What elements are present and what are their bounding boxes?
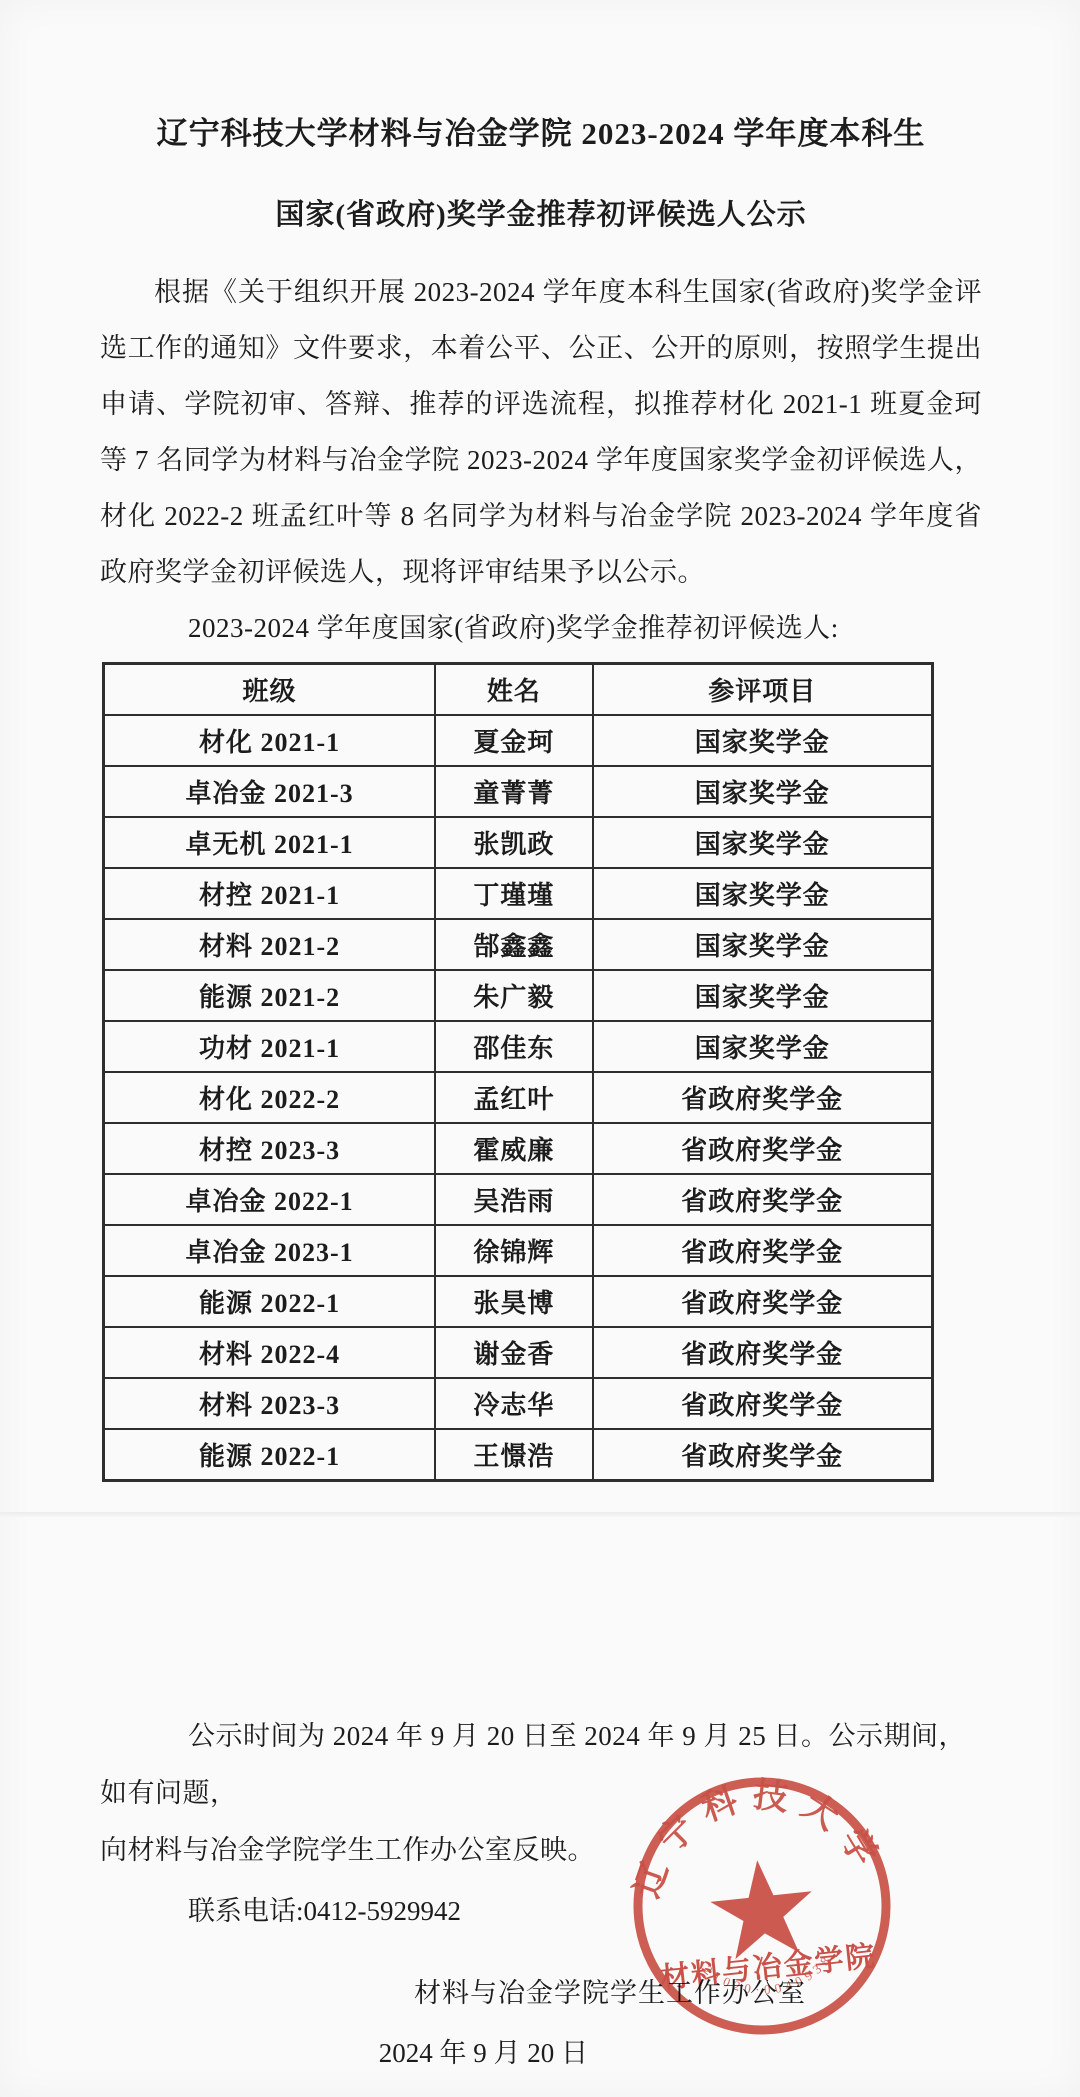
table-cell: 王憬浩 [435, 1429, 593, 1481]
table-cell: 省政府奖学金 [593, 1174, 933, 1225]
table-cell: 能源 2022-1 [104, 1429, 436, 1481]
document-title-line1: 辽宁科技大学材料与冶金学院 2023-2024 学年度本科生 [100, 112, 982, 156]
table-cell: 朱广毅 [435, 970, 593, 1021]
announcement-paragraph: 根据《关于组织开展 2023-2024 学年度本科生国家(省政府)奖学金评选工作… [100, 264, 982, 600]
page-break-divider [0, 1512, 1080, 1517]
candidates-table: 班级姓名参评项目 材化 2021-1夏金珂国家奖学金卓冶金 2021-3童菁菁国… [102, 662, 934, 1482]
publicity-period-line1: 公示时间为 2024 年 9 月 20 日至 2024 年 9 月 25 日。公… [100, 1708, 982, 1822]
table-row: 卓无机 2021-1张凯政国家奖学金 [104, 817, 933, 868]
table-row: 材料 2022-4谢金香省政府奖学金 [104, 1327, 933, 1378]
table-cell: 丁瑾瑾 [435, 868, 593, 919]
table-cell: 夏金珂 [435, 715, 593, 766]
table-cell: 国家奖学金 [593, 970, 933, 1021]
table-row: 材料 2023-3冷志华省政府奖学金 [104, 1378, 933, 1429]
table-cell: 张凯政 [435, 817, 593, 868]
table-cell: 谢金香 [435, 1327, 593, 1378]
table-cell: 霍威廉 [435, 1123, 593, 1174]
table-cell: 材化 2022-2 [104, 1072, 436, 1123]
table-row: 材化 2022-2孟红叶省政府奖学金 [104, 1072, 933, 1123]
table-cell: 能源 2022-1 [104, 1276, 436, 1327]
table-cell: 省政府奖学金 [593, 1123, 933, 1174]
table-cell: 国家奖学金 [593, 715, 933, 766]
table-cell: 省政府奖学金 [593, 1429, 933, 1481]
table-cell: 国家奖学金 [593, 868, 933, 919]
table-cell: 材控 2021-1 [104, 868, 436, 919]
table-row: 卓冶金 2022-1吴浩雨省政府奖学金 [104, 1174, 933, 1225]
table-row: 材控 2021-1丁瑾瑾国家奖学金 [104, 868, 933, 919]
signature-date: 2024 年 9 月 20 日 [100, 2030, 806, 2076]
table-caption: 2023-2024 学年度国家(省政府)奖学金推荐初评候选人: [188, 604, 982, 652]
table-cell: 功材 2021-1 [104, 1021, 436, 1072]
contact-phone: 联系电话:0412-5929942 [100, 1883, 982, 1940]
table-cell: 材化 2021-1 [104, 715, 436, 766]
table-cell: 国家奖学金 [593, 766, 933, 817]
table-cell: 省政府奖学金 [593, 1072, 933, 1123]
table-cell: 国家奖学金 [593, 1021, 933, 1072]
signature-block: 材料与冶金学院学生工作办公室 2024 年 9 月 20 日 [100, 1970, 982, 2076]
table-cell: 省政府奖学金 [593, 1225, 933, 1276]
table-cell: 冷志华 [435, 1378, 593, 1429]
table-cell: 郜鑫鑫 [435, 919, 593, 970]
table-row: 功材 2021-1邵佳东国家奖学金 [104, 1021, 933, 1072]
table-cell: 国家奖学金 [593, 919, 933, 970]
table-cell: 省政府奖学金 [593, 1378, 933, 1429]
table-row: 材化 2021-1夏金珂国家奖学金 [104, 715, 933, 766]
table-cell: 省政府奖学金 [593, 1327, 933, 1378]
table-header-cell: 参评项目 [593, 664, 933, 716]
table-cell: 卓冶金 2022-1 [104, 1174, 436, 1225]
table-cell: 孟红叶 [435, 1072, 593, 1123]
table-row: 材控 2023-3霍威廉省政府奖学金 [104, 1123, 933, 1174]
table-cell: 材料 2023-3 [104, 1378, 436, 1429]
header-row: 班级姓名参评项目 [104, 664, 933, 716]
table-cell: 张昊博 [435, 1276, 593, 1327]
table-cell: 吴浩雨 [435, 1174, 593, 1225]
footer-block: 公示时间为 2024 年 9 月 20 日至 2024 年 9 月 25 日。公… [100, 1708, 982, 2076]
document-title-line2: 国家(省政府)奖学金推荐初评候选人公示 [100, 194, 982, 236]
table-cell: 卓冶金 2021-3 [104, 766, 436, 817]
publicity-period-line2: 向材料与冶金学院学生工作办公室反映。 [100, 1822, 982, 1879]
table-cell: 国家奖学金 [593, 817, 933, 868]
table-cell: 材料 2022-4 [104, 1327, 436, 1378]
signature-office: 材料与冶金学院学生工作办公室 [100, 1970, 806, 2016]
table-row: 能源 2022-1王憬浩省政府奖学金 [104, 1429, 933, 1481]
table-row: 材料 2021-2郜鑫鑫国家奖学金 [104, 919, 933, 970]
table-cell: 卓无机 2021-1 [104, 817, 436, 868]
table-row: 能源 2022-1张昊博省政府奖学金 [104, 1276, 933, 1327]
table-cell: 邵佳东 [435, 1021, 593, 1072]
table-cell: 材控 2023-3 [104, 1123, 436, 1174]
table-row: 卓冶金 2021-3童菁菁国家奖学金 [104, 766, 933, 817]
table-header-cell: 班级 [104, 664, 436, 716]
candidates-table-body: 材化 2021-1夏金珂国家奖学金卓冶金 2021-3童菁菁国家奖学金卓无机 2… [104, 715, 933, 1481]
table-cell: 能源 2021-2 [104, 970, 436, 1021]
table-header-cell: 姓名 [435, 664, 593, 716]
table-cell: 省政府奖学金 [593, 1276, 933, 1327]
table-row: 能源 2021-2朱广毅国家奖学金 [104, 970, 933, 1021]
document-content: 辽宁科技大学材料与冶金学院 2023-2024 学年度本科生 国家(省政府)奖学… [0, 0, 1080, 2076]
candidates-table-head: 班级姓名参评项目 [104, 664, 933, 716]
document-page: 辽宁科技大学材料与冶金学院 2023-2024 学年度本科生 国家(省政府)奖学… [0, 0, 1080, 2097]
table-cell: 徐锦辉 [435, 1225, 593, 1276]
table-cell: 卓冶金 2023-1 [104, 1225, 436, 1276]
table-row: 卓冶金 2023-1徐锦辉省政府奖学金 [104, 1225, 933, 1276]
table-cell: 材料 2021-2 [104, 919, 436, 970]
table-cell: 童菁菁 [435, 766, 593, 817]
